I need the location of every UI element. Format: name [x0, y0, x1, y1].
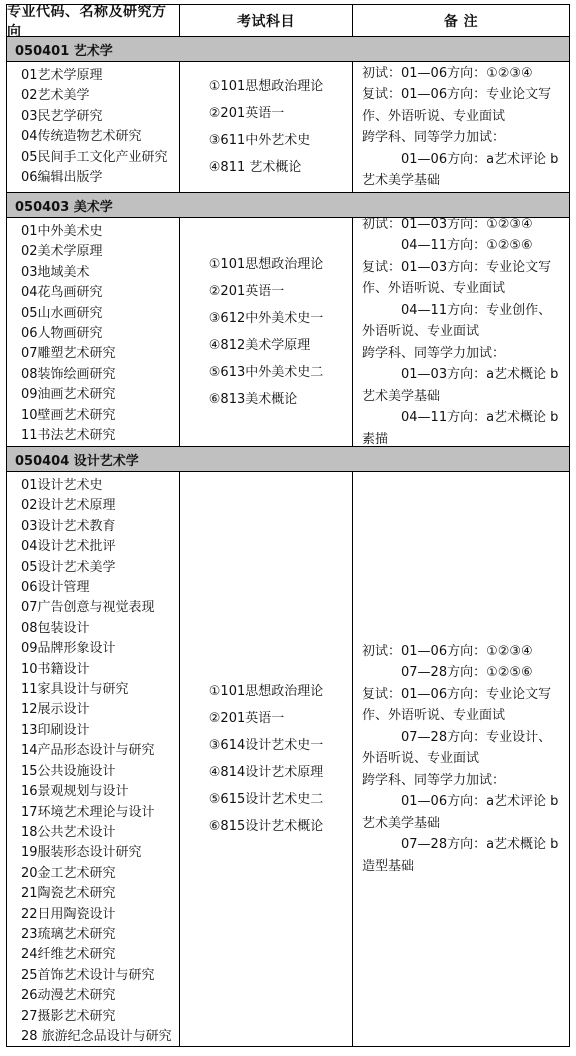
section-band-050403: 050403 美术学 [7, 192, 569, 218]
direction-item: 02设计艺术原理 [21, 496, 177, 516]
direction-item: 27摄影艺术研究 [21, 1007, 177, 1027]
direction-item: 01艺术学原理 [21, 66, 177, 86]
direction-item: 08装饰绘画研究 [21, 365, 177, 385]
subject-item: ⑤613中外美术史二 [209, 359, 323, 386]
subjects-cell: ①101思想政治理论②201英语一③612中外美术史一④812美术学原理⑤613… [180, 218, 353, 446]
subject-item: ④814设计艺术原理 [209, 759, 323, 786]
remark-line: 初试：01—03方向：①②③④ [362, 218, 563, 235]
direction-item: 02艺术美学 [21, 86, 177, 106]
direction-item: 11家具设计与研究 [21, 680, 177, 700]
subject-item: ③611中外艺术史 [209, 127, 323, 154]
direction-item: 04花鸟画研究 [21, 283, 177, 303]
directions-cell: 01艺术学原理02艺术美学03民艺学研究04传统造物艺术研究05民间手工文化产业… [7, 62, 180, 192]
remark-line: 07—28方向：专业设计、外语听说、专业面试 [362, 727, 563, 770]
subject-item: ①101思想政治理论 [209, 678, 323, 705]
direction-item: 10书籍设计 [21, 660, 177, 680]
remark-line: 复试：01—06方向：专业论文写作、外语听说、专业面试 [362, 684, 563, 727]
direction-item: 14产品形态设计与研究 [21, 741, 177, 761]
remark-line: 07—28方向：①②⑤⑥ [362, 662, 563, 684]
remarks-cell: 初试：01—03方向：①②③④04—11方向：①②⑤⑥复试：01—03方向：专业… [353, 218, 569, 446]
direction-item: 17环境艺术理论与设计 [21, 803, 177, 823]
direction-item: 06编辑出版学 [21, 168, 177, 188]
direction-item: 06设计管理 [21, 578, 177, 598]
remark-line: 04—11方向：①②⑤⑥ [362, 235, 563, 257]
direction-item: 03民艺学研究 [21, 107, 177, 127]
direction-item: 21陶瓷艺术研究 [21, 884, 177, 904]
direction-item: 13印刷设计 [21, 721, 177, 741]
direction-item: 09品牌形象设计 [21, 639, 177, 659]
remark-line: 跨学科、同等学力加试： [362, 770, 563, 792]
direction-item: 11书法艺术研究 [21, 426, 177, 446]
header-subjects-column: 考试科目 [180, 5, 353, 36]
remarks-cell: 初试：01—06方向：①②③④复试：01—06方向：专业论文写作、外语听说、专业… [353, 62, 569, 192]
direction-item: 10壁画艺术研究 [21, 406, 177, 426]
subject-item: ②201英语一 [209, 705, 323, 732]
remark-line: 复试：01—03方向：专业论文写作、外语听说、专业面试 [362, 257, 563, 300]
direction-item: 24纤维艺术研究 [21, 945, 177, 965]
subject-item: ②201英语一 [209, 278, 323, 305]
section-band-050404: 050404 设计艺术学 [7, 446, 569, 472]
direction-item: 01设计艺术史 [21, 476, 177, 496]
direction-item: 23琉璃艺术研究 [21, 925, 177, 945]
remark-line: 初试：01—06方向：①②③④ [362, 641, 563, 663]
section-band-050401: 050401 艺术学 [7, 36, 569, 62]
section-body-050403: 01中外美术史02美术学原理03地域美术04花鸟画研究05山水画研究06人物画研… [7, 218, 569, 447]
direction-item: 05设计艺术美学 [21, 558, 177, 578]
subjects-list: ①101思想政治理论②201英语一③614设计艺术史一④814设计艺术原理⑤61… [209, 678, 323, 840]
subject-item: ①101思想政治理论 [209, 251, 323, 278]
direction-item: 12展示设计 [21, 700, 177, 720]
header-remarks-column: 备 注 [353, 5, 569, 36]
direction-item: 22日用陶瓷设计 [21, 905, 177, 925]
direction-item: 01中外美术史 [21, 222, 177, 242]
remark-line: 跨学科、同等学力加试： [362, 127, 563, 149]
direction-item: 07雕塑艺术研究 [21, 344, 177, 364]
remarks-cell: 初试：01—06方向：①②③④07—28方向：①②⑤⑥复试：01—06方向：专业… [353, 472, 569, 1046]
table-header-row: 专业代码、名称及研究方向 考试科目 备 注 [7, 5, 569, 37]
subjects-list: ①101思想政治理论②201英语一③612中外美术史一④812美术学原理⑤613… [209, 251, 323, 413]
remark-line: 初试：01—06方向：①②③④ [362, 63, 563, 85]
direction-item: 20金工艺术研究 [21, 864, 177, 884]
subject-item: ⑥815设计艺术概论 [209, 813, 323, 840]
section-body-050404: 01设计艺术史02设计艺术原理03设计艺术教育04设计艺术批评05设计艺术美学0… [7, 472, 569, 1046]
remark-line: 01—03方向：a艺术概论 b艺术美学基础 [362, 364, 563, 407]
direction-item: 02美术学原理 [21, 242, 177, 262]
subject-item: ④811 艺术概论 [209, 154, 323, 181]
subject-item: ⑥813美术概论 [209, 386, 323, 413]
remark-line: 01—06方向：a艺术评论 b艺术美学基础 [362, 149, 563, 192]
remark-line: 07—28方向：a艺术概论 b造型基础 [362, 834, 563, 877]
direction-item: 04传统造物艺术研究 [21, 127, 177, 147]
subject-item: ①101思想政治理论 [209, 73, 323, 100]
direction-item: 04设计艺术批评 [21, 537, 177, 557]
direction-item: 05民间手工文化产业研究 [21, 148, 177, 168]
direction-item: 28 旅游纪念品设计与研究 [21, 1027, 177, 1046]
header-program-column: 专业代码、名称及研究方向 [7, 5, 180, 36]
direction-item: 09油画艺术研究 [21, 385, 177, 405]
remark-line: 01—06方向：a艺术评论 b艺术美学基础 [362, 791, 563, 834]
direction-item: 19服装形态设计研究 [21, 843, 177, 863]
subject-item: ⑤615设计艺术史二 [209, 786, 323, 813]
direction-item: 06人物画研究 [21, 324, 177, 344]
program-exam-table: 专业代码、名称及研究方向 考试科目 备 注 050401 艺术学 01艺术学原理… [6, 4, 570, 1047]
remark-line: 04—11方向：a艺术概论 b素描 [362, 407, 563, 446]
direction-item: 18公共艺术设计 [21, 823, 177, 843]
direction-item: 08包装设计 [21, 619, 177, 639]
direction-item: 25首饰艺术设计与研究 [21, 966, 177, 986]
subjects-cell: ①101思想政治理论②201英语一③614设计艺术史一④814设计艺术原理⑤61… [180, 472, 353, 1046]
directions-cell: 01设计艺术史02设计艺术原理03设计艺术教育04设计艺术批评05设计艺术美学0… [7, 472, 180, 1046]
subject-item: ②201英语一 [209, 100, 323, 127]
remark-line: 复试：01—06方向：专业论文写作、外语听说、专业面试 [362, 84, 563, 127]
direction-item: 05山水画研究 [21, 304, 177, 324]
directions-cell: 01中外美术史02美术学原理03地域美术04花鸟画研究05山水画研究06人物画研… [7, 218, 180, 446]
direction-item: 26动漫艺术研究 [21, 986, 177, 1006]
section-body-050401: 01艺术学原理02艺术美学03民艺学研究04传统造物艺术研究05民间手工文化产业… [7, 62, 569, 193]
subjects-cell: ①101思想政治理论②201英语一③611中外艺术史④811 艺术概论 [180, 62, 353, 192]
subject-item: ④812美术学原理 [209, 332, 323, 359]
subject-item: ③614设计艺术史一 [209, 732, 323, 759]
direction-item: 16景观规划与设计 [21, 782, 177, 802]
subjects-list: ①101思想政治理论②201英语一③611中外艺术史④811 艺术概论 [209, 73, 323, 181]
direction-item: 03设计艺术教育 [21, 517, 177, 537]
remark-line: 跨学科、同等学力加试： [362, 343, 563, 365]
direction-item: 15公共设施设计 [21, 762, 177, 782]
direction-item: 07广告创意与视觉表现 [21, 598, 177, 618]
direction-item: 03地域美术 [21, 263, 177, 283]
document-page: 专业代码、名称及研究方向 考试科目 备 注 050401 艺术学 01艺术学原理… [0, 0, 576, 1056]
subject-item: ③612中外美术史一 [209, 305, 323, 332]
remark-line: 04—11方向：专业创作、外语听说、专业面试 [362, 300, 563, 343]
